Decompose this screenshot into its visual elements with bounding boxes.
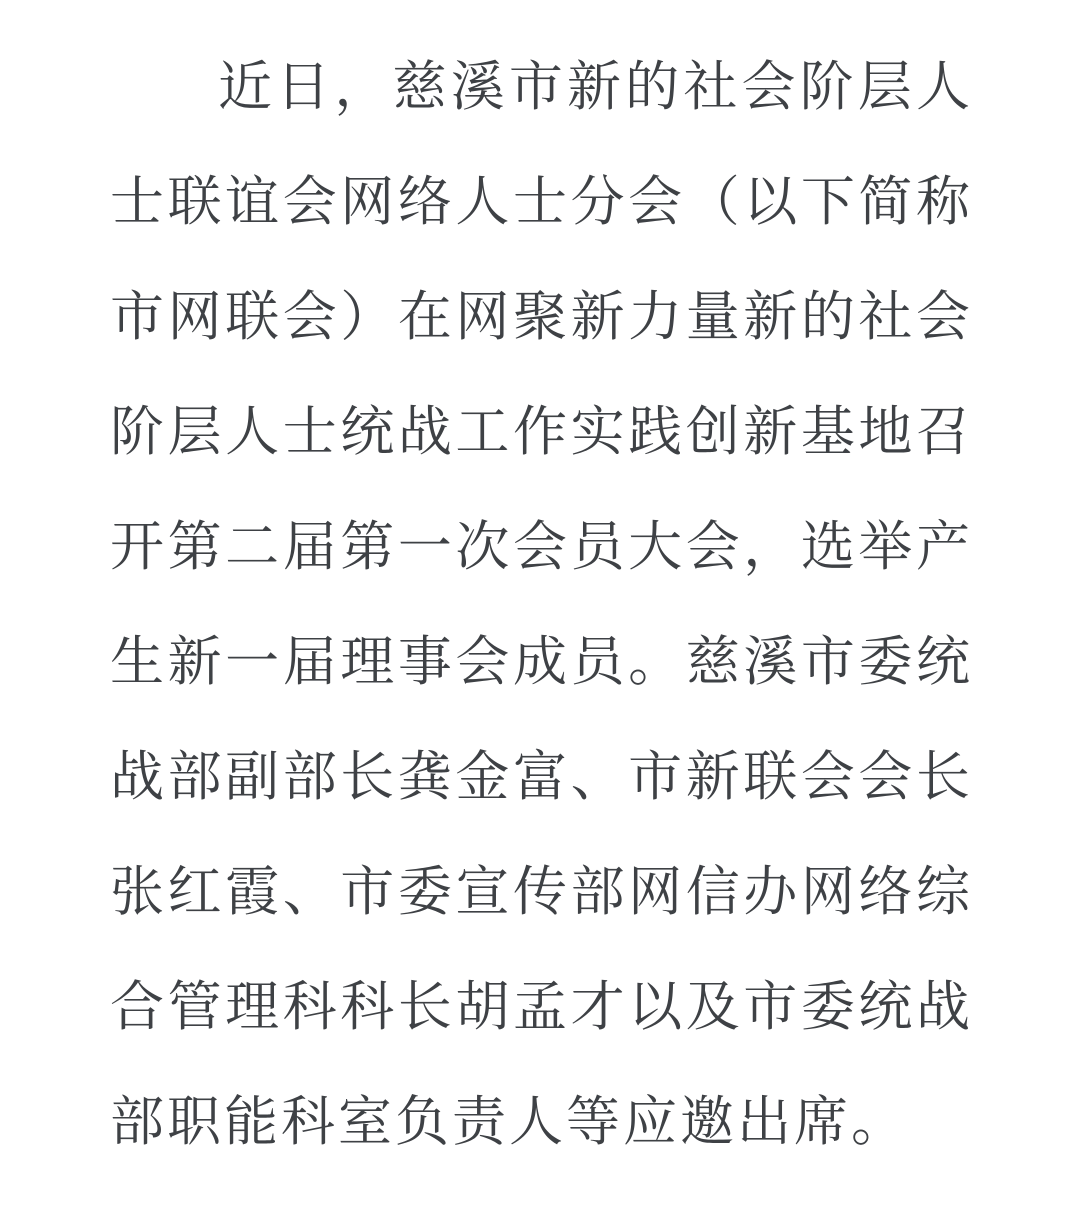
paragraph-line: 合管理科科长胡孟才以及市委统战 [110, 950, 970, 1065]
paragraph-line: 市网联会）在网聚新力量新的社会 [110, 260, 970, 375]
paragraph-line: 开第二届第一次会员大会，选举产 [110, 490, 970, 605]
paragraph-line: 战部副部长龚金富、市新联会会长 [110, 720, 970, 835]
paragraph-line: 张红霞、市委宣传部网信办网络综 [110, 835, 970, 950]
paragraph-line: 近日，慈溪市新的社会阶层人 [110, 30, 970, 145]
article-paragraph: 近日，慈溪市新的社会阶层人 士联谊会网络人士分会（以下简称 市网联会）在网聚新力… [110, 30, 970, 1180]
paragraph-line: 士联谊会网络人士分会（以下简称 [110, 145, 970, 260]
paragraph-line: 阶层人士统战工作实践创新基地召 [110, 375, 970, 490]
paragraph-line: 生新一届理事会成员。慈溪市委统 [110, 605, 970, 720]
paragraph-line: 部职能科室负责人等应邀出席。 [110, 1065, 970, 1180]
article-page: 近日，慈溪市新的社会阶层人 士联谊会网络人士分会（以下简称 市网联会）在网聚新力… [0, 0, 1080, 1226]
